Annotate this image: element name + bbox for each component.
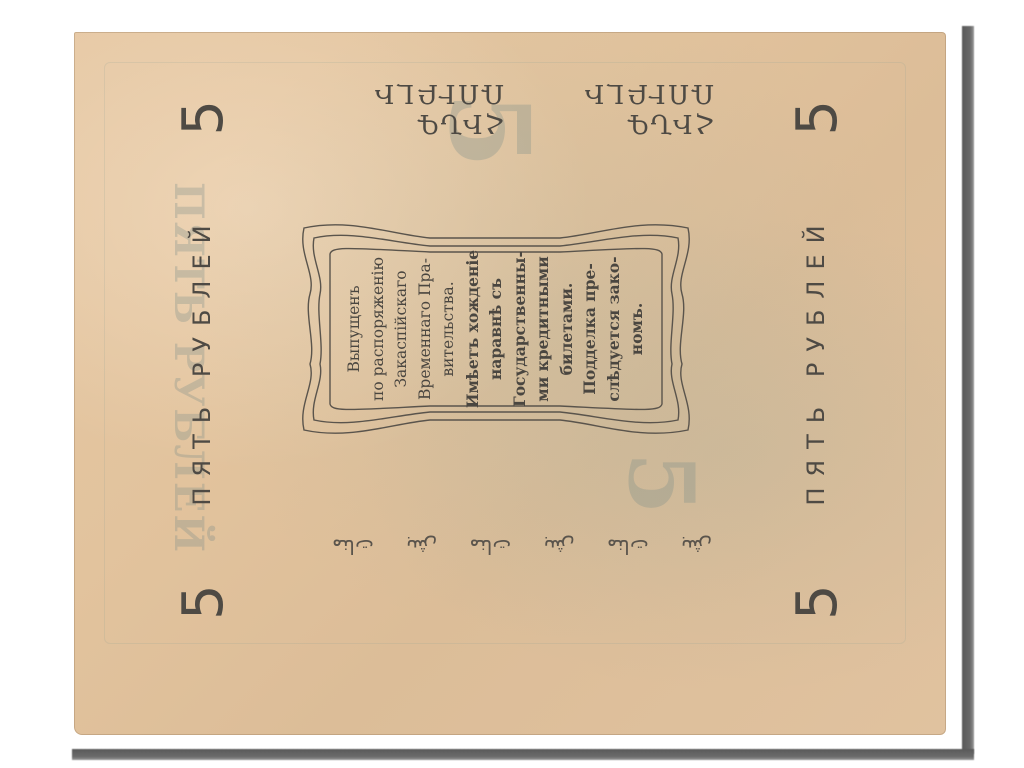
legend-line: по распоряженію xyxy=(367,257,391,401)
legend-line: Подделка пре- xyxy=(578,263,602,395)
armenian-legend: ՀԻՆԳ ՌՈՒԲԼԻ ՀԻՆԳ ՌՈՒԲԼԻ xyxy=(294,98,714,138)
legend-line: номъ. xyxy=(625,303,649,355)
drop-shadow-bottom xyxy=(72,749,974,760)
image-stage: ПЯТЬ РУБЛЕЙ 5 5 ՀԻՆԳ ՌՈՒԲԼԻ ՀԻՆԳ ՌՈՒԲԼԻ … xyxy=(0,0,1024,768)
legend-line: ми кредитными xyxy=(531,256,555,402)
legend-line: Закаспійскаго xyxy=(390,270,414,387)
denomination-words: ПЯТЬ РУБЛЕЙ xyxy=(188,136,216,585)
legend-line: вительства. xyxy=(437,281,461,376)
denomination-numeral: 5 xyxy=(176,100,232,136)
legend-line: Государственны- xyxy=(508,251,532,407)
denomination-right: 5 ПЯТЬ РУБЛЕЙ 5 xyxy=(786,100,846,620)
drop-shadow-right xyxy=(962,26,974,754)
script-word: ﻣﻨﺎت xyxy=(469,535,511,559)
cartouche-text: Выпущенъ по распоряженію Закаспійскаго В… xyxy=(326,229,666,429)
legend-line: Выпущенъ xyxy=(343,286,367,373)
legend-line: билетами. xyxy=(555,283,579,376)
script-word: ﺑﺶ xyxy=(406,535,437,559)
script-word: ﺑﺶ xyxy=(543,535,574,559)
armenian-legend-text: ՀԻՆԳ ՌՈՒԲԼԻ xyxy=(504,98,714,138)
legend-cartouche: Выпущенъ по распоряженію Закаспійскаго В… xyxy=(290,214,702,444)
legend-line: наравнѣ съ xyxy=(484,278,508,380)
bottom-script-legend: ﺑﺶ ﻣﻨﺎت ﺑﺶ ﻣﻨﺎت ﺑﺶ ﻣﻨﺎت xyxy=(332,527,712,567)
legend-line: Временнаго Пра- xyxy=(414,258,438,400)
show-through-numeral: 5 xyxy=(608,452,714,515)
script-word: ﺑﺶ xyxy=(681,535,712,559)
armenian-legend-text: ՀԻՆԳ ՌՈՒԲԼԻ xyxy=(294,98,504,138)
denomination-numeral: 5 xyxy=(176,584,232,620)
denomination-numeral: 5 xyxy=(790,584,846,620)
banknote-reverse: ПЯТЬ РУБЛЕЙ 5 5 ՀԻՆԳ ՌՈՒԲԼԻ ՀԻՆԳ ՌՈՒԲԼԻ … xyxy=(74,32,946,735)
denomination-left: 5 ПЯТЬ РУБЛЕЙ 5 xyxy=(172,100,232,620)
script-word: ﻣﻨﺎت xyxy=(332,535,374,559)
legend-line: Имѣетъ хожденіе xyxy=(461,250,485,408)
legend-line: слѣдуется зако- xyxy=(602,256,626,401)
denomination-numeral: 5 xyxy=(790,100,846,136)
script-word: ﻣﻨﺎت xyxy=(607,535,649,559)
denomination-words: ПЯТЬ РУБЛЕЙ xyxy=(802,136,830,585)
